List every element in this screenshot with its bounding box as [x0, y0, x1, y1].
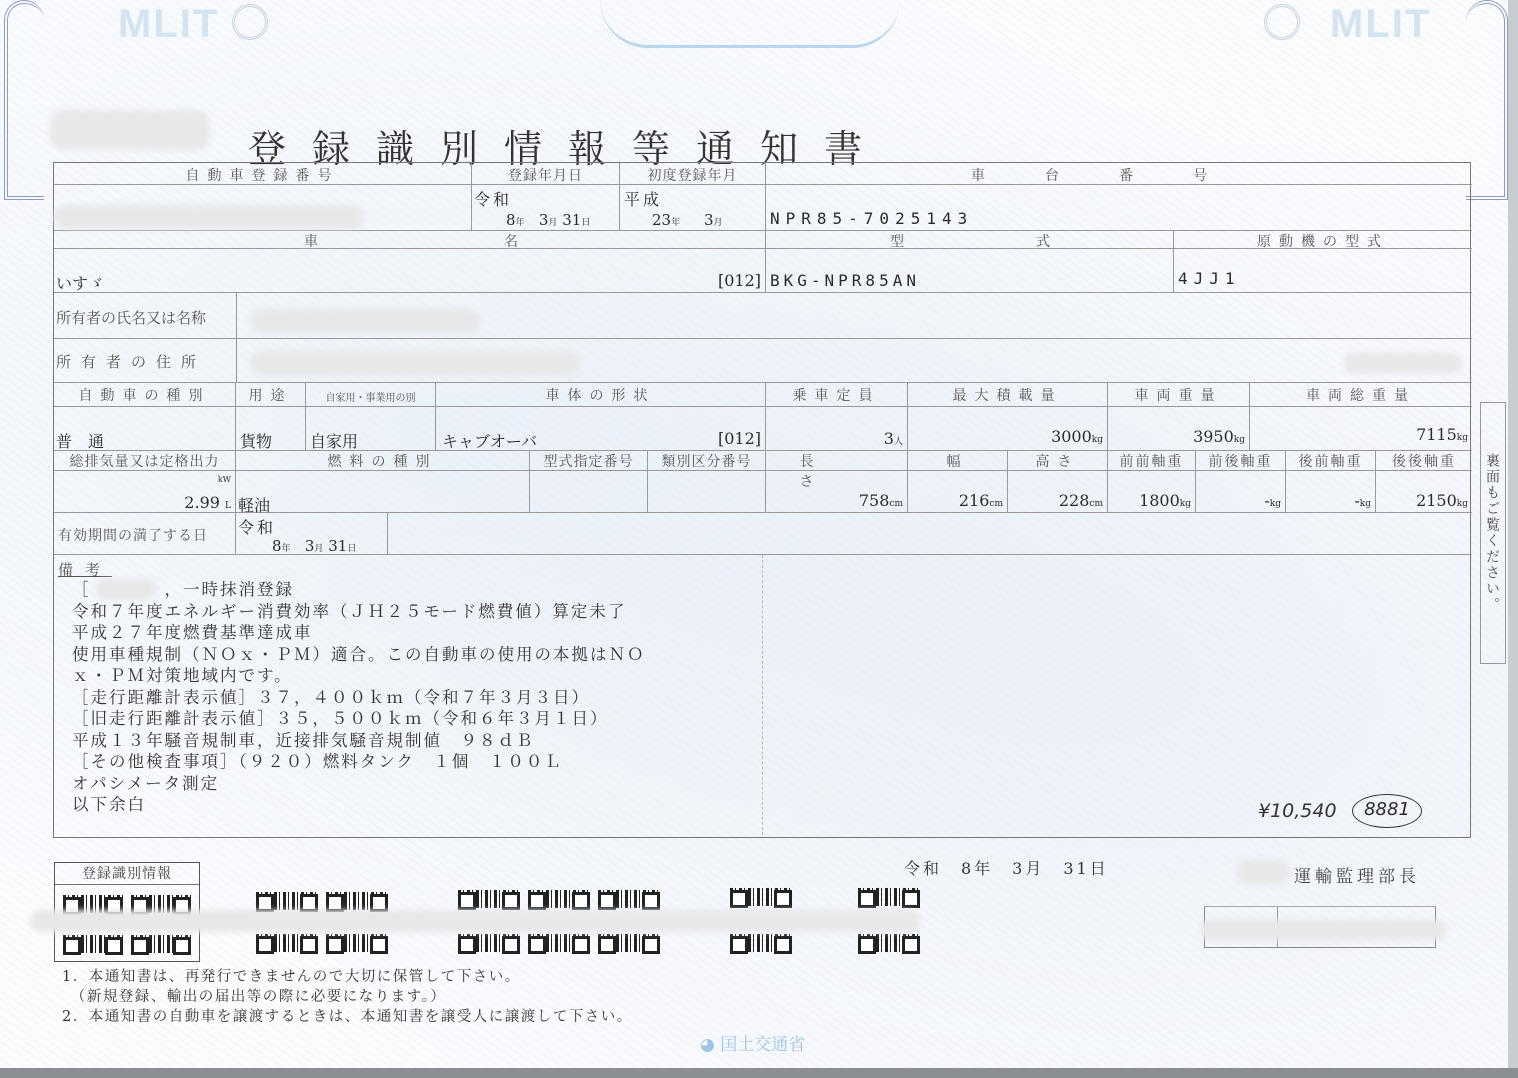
fr-axle-value: -kg — [1196, 471, 1286, 513]
qr-code-icon — [63, 935, 123, 953]
redacted-owner-name — [250, 309, 480, 333]
qr-code-icon — [256, 892, 318, 910]
model-value: BKG-NPR85AN — [766, 249, 1174, 293]
vehicle-type-value: 普 通 — [54, 407, 236, 451]
plate-number-value — [54, 185, 472, 231]
note-line: 1．本通知書は、再発行できませんので大切に保管して下さい。 — [62, 967, 633, 987]
private-business-label: 自家用・事業用の別 — [306, 383, 436, 407]
max-load-value: 3000kg — [908, 407, 1108, 451]
rr-axle-value: 2150kg — [1376, 471, 1472, 513]
height-value: 228cm — [1008, 471, 1108, 513]
width-value: 216cm — [908, 471, 1008, 513]
category-number-label: 類別区分番号 — [648, 451, 766, 471]
vehicle-type-label: 自動車の種別 — [54, 383, 236, 407]
remark-line: 使用車種規制（ＮＯｘ・ＰＭ）適合。この自動車の使用の本拠はＮＯ — [72, 644, 646, 666]
redacted-office — [50, 110, 210, 150]
qr-code-icon — [256, 934, 318, 952]
qr-code-icon — [730, 888, 792, 906]
remark-line: ［旧走行距離計表示値］３５，５００ｋｍ（令和６年３月１日） — [72, 708, 646, 730]
height-label: 高さ — [1008, 451, 1108, 471]
qr-code-icon — [458, 934, 520, 952]
side-note: 裏面もご覧ください。 — [1480, 402, 1506, 664]
handwritten-circled-number: 8881 — [1352, 794, 1422, 828]
fuel-type-value: 軽油 — [236, 471, 530, 513]
engine-model-value: 4JJ1 — [1174, 249, 1472, 293]
remarks-list: ［ ，一時抹消登録令和７年度エネルギー消費効率（ＪＨ２５モード燃費値）算定未了平… — [72, 579, 646, 816]
remarks-label: 備考 — [58, 559, 112, 580]
ff-axle-value: 1800kg — [1108, 471, 1196, 513]
ornament-top-icon — [600, 0, 900, 48]
ornament-right-icon — [1466, 0, 1508, 200]
remark-line: 平成２７年度燃費基準達成車 — [72, 622, 646, 644]
vehicle-name-label: 車 名 — [54, 231, 766, 249]
use-label: 用途 — [236, 383, 306, 407]
qr-code-icon — [598, 934, 660, 952]
issuer: 運輸監理部長 — [1294, 862, 1420, 887]
expiry-label-cell: 有効期間の満了する日 — [54, 513, 236, 555]
expiry-blank — [388, 513, 1472, 555]
note-line: （新規登録、輸出の届出等の際に必要になります。） — [62, 987, 633, 1007]
remark-line: 令和７年度エネルギー消費効率（ＪＨ２５モード燃費値）算定未了 — [72, 601, 646, 623]
redacted-remark — [96, 579, 156, 599]
length-value: 758cm — [766, 471, 908, 513]
reg-info-label: 登録識別情報 — [55, 863, 199, 885]
chassis-number-value: NPR85-7025143 — [766, 185, 1472, 231]
gross-weight-label: 車両総重量 — [1250, 383, 1472, 407]
length-label: 長さ — [766, 451, 908, 471]
rf-axle-value: -kg — [1286, 471, 1376, 513]
qr-code-icon — [730, 934, 792, 952]
qr-code-icon — [858, 888, 920, 906]
fuel-type-label: 燃料の種別 — [236, 451, 530, 471]
displacement-value: kW 2.99 L — [54, 471, 236, 513]
emblem-left-icon — [232, 4, 268, 40]
redacted-reg-codes — [30, 910, 920, 932]
rf-axle-label: 後前軸重 — [1286, 451, 1376, 471]
private-business-value: 自家用 — [306, 407, 436, 451]
registration-form: 自動車登録番号 登録年月日 初度登録年月 車台番号 令和 8年 3月 31日 平… — [53, 162, 1471, 838]
first-reg-label: 初度登録年月 — [620, 163, 766, 185]
redacted-stamp — [1200, 920, 1446, 940]
owner-address-row: 所有者の住所 — [54, 339, 1472, 383]
expiry-value: 令和 8年 3月 31日 — [236, 513, 388, 555]
fr-axle-label: 前後軸重 — [1196, 451, 1286, 471]
mlit-logo-left: MLIT — [118, 2, 219, 47]
emblem-right-icon — [1264, 4, 1300, 40]
remark-line: 平成１３年騒音規制車，近接排気騒音規制値 ９８ｄＢ — [72, 730, 646, 752]
remark-line: 以下余白 — [72, 794, 646, 816]
type-designation-value — [530, 471, 648, 513]
ministry-logo: ◕ 国土交通省 — [700, 1030, 805, 1055]
owner-name-row: 所有者の氏名又は名称 — [54, 293, 1472, 339]
notes-list: 1．本通知書は、再発行できませんので大切に保管して下さい。 （新規登録、輸出の届… — [62, 967, 633, 1027]
remark-line: ［ ，一時抹消登録 — [72, 579, 646, 601]
issue-date: 令和 8年 3月 31日 — [904, 856, 1109, 879]
capacity-label: 乗車定員 — [766, 383, 908, 407]
note-line: 2．本通知書の自動車を譲渡するときは、本通知書を譲受人に譲渡して下さい。 — [62, 1007, 633, 1027]
category-number-value — [648, 471, 766, 513]
vehicle-weight-label: 車両重量 — [1108, 383, 1250, 407]
qr-code-icon — [326, 934, 388, 952]
capacity-value: 3人 — [766, 407, 908, 451]
rr-axle-label: 後後軸重 — [1376, 451, 1472, 471]
engine-model-label: 原動機の型式 — [1174, 231, 1472, 249]
document-paper: MLIT MLIT 登録識別情報等通知書 自動車登録番号 登録年月日 初度登録年… — [0, 0, 1508, 1068]
gross-weight-value: 7115kg — [1250, 407, 1472, 451]
width-label: 幅 — [908, 451, 1008, 471]
model-label: 型 式 — [766, 231, 1174, 249]
max-load-label: 最大積載量 — [908, 383, 1108, 407]
ornament-left-icon — [4, 0, 44, 200]
qr-code-icon — [326, 892, 388, 910]
redacted-bureau — [1236, 860, 1290, 884]
type-designation-label: 型式指定番号 — [530, 451, 648, 471]
reg-date-value: 令和 8年 3月 31日 — [472, 185, 620, 231]
redacted-postal — [1344, 353, 1462, 373]
handwritten-fee: ¥10,540 — [1258, 800, 1337, 822]
vehicle-name-value: いすゞ [012] — [54, 249, 766, 293]
chassis-number-label: 車台番号 — [766, 163, 1472, 185]
remark-line: オパシメータ測定 — [72, 773, 646, 795]
remark-line: ［走行距離計表示値］３７，４００ｋｍ（令和７年３月３日） — [72, 687, 646, 709]
first-reg-value: 平成 23年 3月 — [620, 185, 766, 231]
qr-code-icon — [458, 890, 520, 908]
qr-code-icon — [598, 890, 660, 908]
body-shape-label: 車体の形状 — [436, 383, 766, 407]
mlit-logo-right: MLIT — [1330, 2, 1431, 47]
body-shape-value: キャブオーバ [012] — [436, 407, 766, 451]
displacement-label: 総排気量又は定格出力 — [54, 451, 236, 471]
vehicle-weight-value: 3950kg — [1108, 407, 1250, 451]
qr-code-icon — [131, 935, 191, 953]
qr-code-icon — [528, 934, 590, 952]
qr-code-icon — [528, 890, 590, 908]
remark-line: ［その他検査事項］（９２０）燃料タンク １個 １００Ｌ — [72, 751, 646, 773]
remark-line: ｘ・ＰＭ対策地域内です。 — [72, 665, 646, 687]
use-value: 貨物 — [236, 407, 306, 451]
ff-axle-label: 前前軸重 — [1108, 451, 1196, 471]
qr-code-icon — [858, 934, 920, 952]
reg-date-label: 登録年月日 — [472, 163, 620, 185]
plate-number-label: 自動車登録番号 — [54, 163, 472, 185]
redacted-plate — [54, 205, 364, 229]
redacted-owner-address — [250, 351, 580, 375]
